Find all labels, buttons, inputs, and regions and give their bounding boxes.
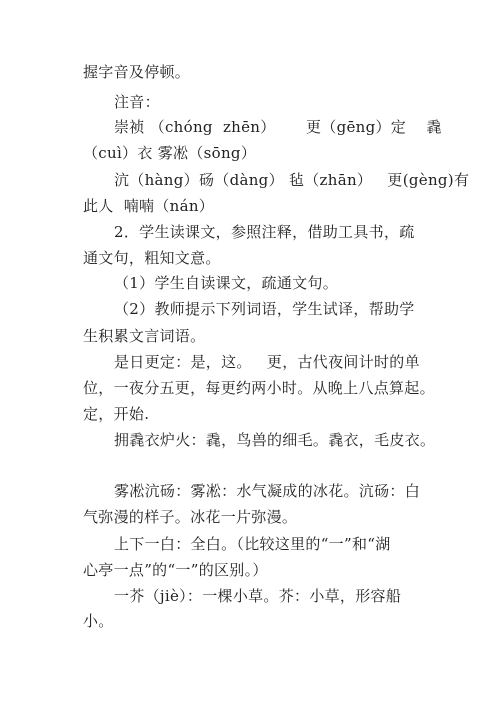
text-line: 位，一夜分五更，每更约两小时。从晚上八点算起。 <box>83 378 435 398</box>
text-line: 小。 <box>83 611 114 631</box>
text-line: 此人 喃喃（nán） <box>83 196 214 216</box>
text-line: 沆（hàng）砀（dàng） 毡（zhān） 更(gèng)有 <box>114 170 469 190</box>
text-line-vocab: 一芥（jiè）：一棵小草。芥：小草，形容船 <box>114 586 401 606</box>
text-line-substep-1: （1）学生自读课文，疏通文句。 <box>114 273 338 293</box>
text-line: 生积累文言词语。 <box>83 326 205 346</box>
text-line-substep-2: （2）教师提示下列词语，学生试译，帮助学 <box>114 299 415 319</box>
text-line-vocab: 拥毳衣炉火：毳，鸟兽的细毛。毳衣，毛皮衣。 <box>114 430 435 450</box>
text-line: （cuì）衣 雾凇（sōng） <box>83 143 256 163</box>
text-line-vocab: 雾凇沆砀：雾凇：水气凝成的冰花。沆砀：白 <box>114 481 420 501</box>
text-line-vocab: 上下一白：全白。（比较这里的“一”和“湖 <box>114 534 391 554</box>
text-line: 定，开始. <box>83 404 149 424</box>
text-line: 握字音及停顿。 <box>83 62 190 82</box>
document-page: 握字音及停顿。 注音： 崇祯 （chóng zhēn） 更（gēng）定 毳 （… <box>0 0 500 707</box>
text-line: 气弥漫的样子。冰花一片弥漫。 <box>83 507 297 527</box>
text-line-pinyin-heading: 注音： <box>114 92 160 112</box>
text-line: 通文句，粗知文意。 <box>83 248 221 268</box>
text-line-vocab: 是日更定：是，这。 更，古代夜间计时的单 <box>114 352 420 372</box>
text-line: 心亭一点”的“一”的区别。） <box>83 560 268 580</box>
text-line-step-2: 2．学生读课文，参照注释，借助工具书，疏 <box>114 222 415 242</box>
text-line: 崇祯 （chóng zhēn） 更（gēng）定 毳 <box>114 117 442 137</box>
